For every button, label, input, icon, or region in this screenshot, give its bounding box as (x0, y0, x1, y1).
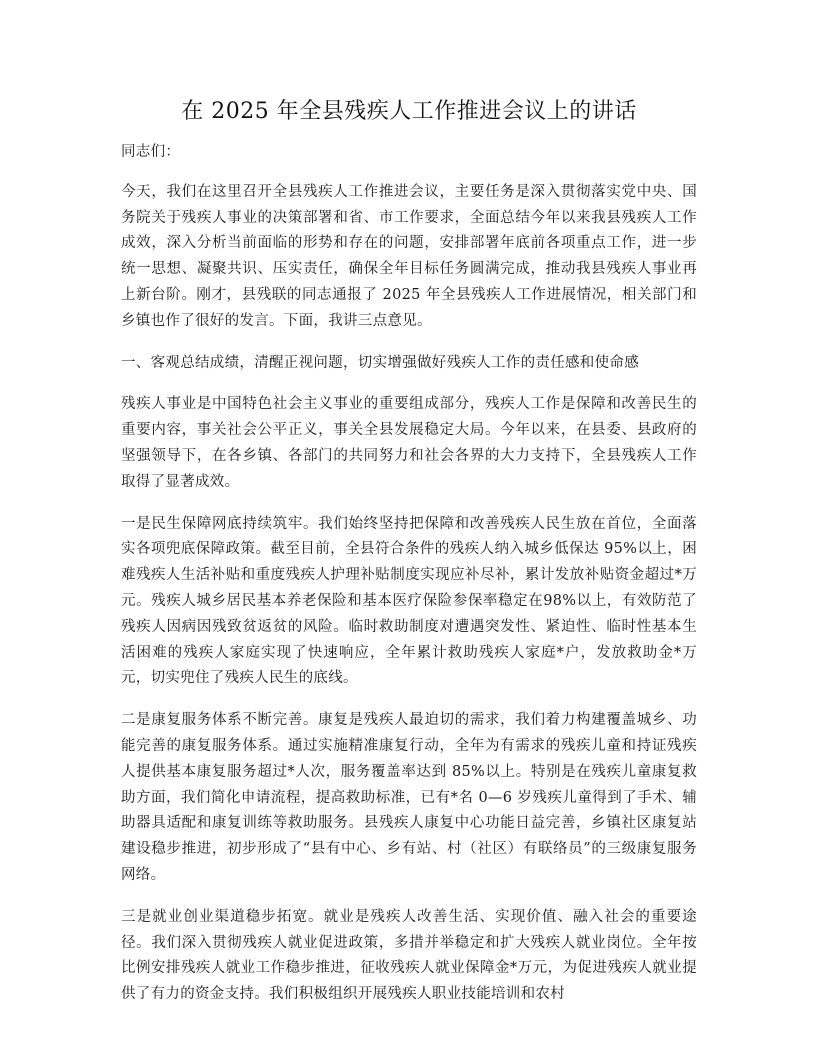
paragraph-rehabilitation: 二是康复服务体系不断完善。康复是残疾人最迫切的需求，我们着力构建覆盖城乡、功能完… (121, 708, 697, 889)
document-page: 在 2025 年全县残疾人工作推进会议上的讲话 同志们： 今天，我们在这里召开全… (121, 96, 697, 1024)
section-heading-1: 一、客观总结成绩，清醒正视问题，切实增强做好残疾人工作的责任感和使命感 (121, 351, 697, 377)
paragraph-overview: 残疾人事业是中国特色社会主义事业的重要组成部分，残疾人工作是保障和改善民生的重要… (121, 392, 697, 495)
paragraph-intro: 今天，我们在这里召开全县残疾人工作推进会议，主要任务是深入贯彻落实党中央、国务院… (121, 180, 697, 335)
salutation: 同志们： (121, 140, 697, 166)
paragraph-employment: 三是就业创业渠道稳步拓宽。就业是残疾人改善生活、实现价值、融入社会的重要途径。我… (121, 905, 697, 1008)
document-title: 在 2025 年全县残疾人工作推进会议上的讲话 (121, 96, 697, 128)
paragraph-livelihood: 一是民生保障网底持续筑牢。我们始终坚持把保障和改善残疾人民生放在首位，全面落实各… (121, 512, 697, 693)
